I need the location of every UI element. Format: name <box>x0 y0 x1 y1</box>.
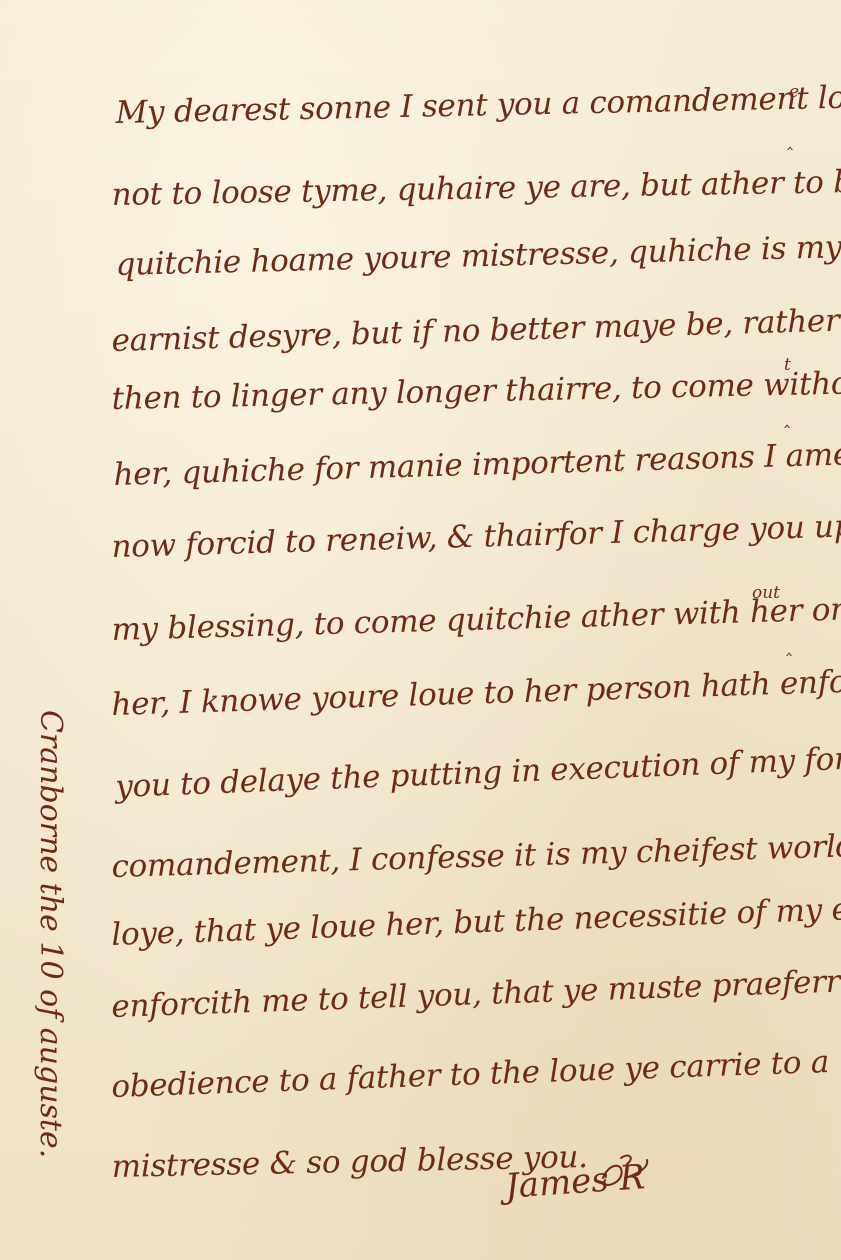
letter-line-13: enforcith me to tell you, that ye muste … <box>111 964 841 1023</box>
letter-line-6: her, quhiche for manie importent reasons… <box>113 439 841 491</box>
insertion-caret-icon: ‸ <box>787 130 793 151</box>
insertion-t: t <box>784 355 791 375</box>
letter-line-2: not to loose tyme, quhaire ye are, but a… <box>111 166 841 211</box>
letter-line-5: then to linger any longer thairre, to co… <box>111 368 841 415</box>
signature-flourish-icon <box>595 1148 655 1198</box>
margin-date-note: Cranborne the 10 of auguste. <box>33 710 68 1130</box>
insertion-out: out <box>752 583 780 603</box>
letter-line-11: comandement, I confesse it is my cheifes… <box>111 830 841 883</box>
letter-line-10: you to delaye the putting in execution o… <box>115 742 841 803</box>
insertion-caret-icon: ‸ <box>784 408 790 429</box>
insertion-caret-icon: ‸ <box>786 636 792 657</box>
letter-line-12: loye, that ye loue her, but the necessit… <box>111 891 841 951</box>
insertion-e: e <box>789 82 799 102</box>
letter-line-14: obedience to a father to the loue ye car… <box>111 1047 830 1103</box>
letter-line-7: now forcid to reneiw, & thairfor I charg… <box>111 510 841 563</box>
letter-line-9: her, I knowe youre loue to her person ha… <box>111 665 841 721</box>
letter-line-4: earnist desyre, but if no better maye be… <box>111 306 840 357</box>
letter-line-1: My dearest sonne I sent you a comandemen… <box>115 81 841 129</box>
letter-line-3: quitchie hoame youre mistresse, quhiche … <box>115 232 841 281</box>
manuscript-page: My dearest sonne I sent you a comandemen… <box>0 0 841 1260</box>
letter-line-8: my blessing, to come quitchie ather with… <box>111 592 841 646</box>
